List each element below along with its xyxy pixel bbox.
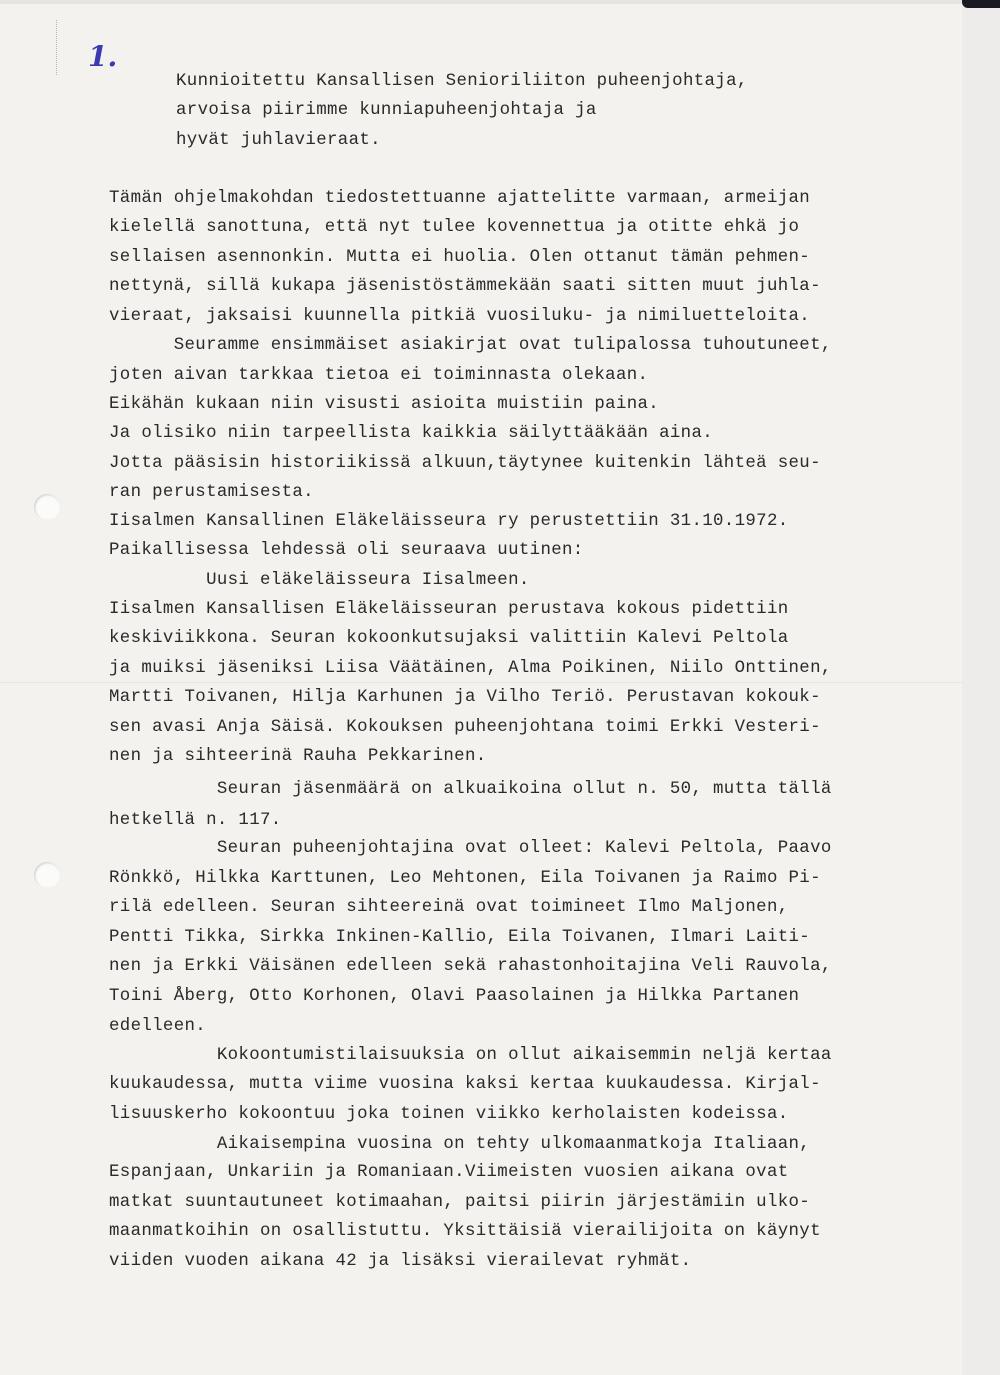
text-line: joten aivan tarkkaa tietoa ei toiminnast…: [109, 366, 648, 386]
punch-hole-top: [34, 494, 60, 520]
text-line: Pentti Tikka, Sirkka Inkinen-Kallio, Eil…: [109, 928, 810, 948]
text-line: kuukaudessa, mutta viime vuosina kaksi k…: [109, 1075, 821, 1095]
text-line: Jotta pääsisin historiikissä alkuun,täyt…: [109, 454, 821, 474]
text-line: Rönkkö, Hilkka Karttunen, Leo Mehtonen, …: [109, 869, 821, 889]
text-line: rilä edelleen. Seuran sihteereinä ovat t…: [109, 898, 789, 918]
text-line: Aikaisempina vuosina on tehty ulkomaanma…: [109, 1135, 810, 1155]
text-line: keskiviikkona. Seuran kokoonkutsujaksi v…: [109, 629, 789, 649]
punch-hole-bottom: [34, 862, 60, 888]
staple-marks: [56, 20, 59, 75]
text-line: Iisalmen Kansallinen Eläkeläisseura ry p…: [109, 512, 789, 532]
text-line: sen avasi Anja Säisä. Kokouksen puheenjo…: [109, 718, 821, 738]
salutation-line: arvoisa piirimme kunniapuheenjohtaja ja: [176, 101, 597, 121]
text-line: ja muiksi jäseniksi Liisa Väätäinen, Alm…: [109, 659, 832, 679]
text-line: nettynä, sillä kukapa jäsenistöstämmekää…: [109, 277, 821, 297]
text-line: Seuran jäsenmäärä on alkuaikoina ollut n…: [109, 780, 832, 800]
text-line: hetkellä n. 117.: [109, 811, 282, 831]
text-line: viiden vuoden aikana 42 ja lisäksi viera…: [109, 1252, 691, 1272]
text-line: Tämän ohjelmakohdan tiedostettuanne ajat…: [109, 189, 810, 209]
text-line: Paikallisessa lehdessä oli seuraava uuti…: [109, 541, 584, 561]
text-line: Uusi eläkeläisseura Iisalmeen.: [109, 571, 530, 591]
text-line: Ja olisiko niin tarpeellista kaikkia säi…: [109, 424, 713, 444]
text-line: maanmatkoihin on osallistuttu. Yksittäis…: [109, 1222, 821, 1242]
salutation-line: hyvät juhlavieraat.: [176, 131, 381, 151]
text-line: nen ja sihteerinä Rauha Pekkarinen.: [109, 747, 487, 767]
text-line: lisuuskerho kokoontuu joka toinen viikko…: [109, 1105, 789, 1125]
handwritten-page-number: 1.: [88, 40, 117, 73]
text-line: Seuran puheenjohtajina ovat olleet: Kale…: [109, 839, 832, 859]
scan-top-edge: [0, 0, 962, 4]
text-line: kielellä sanottuna, että nyt tulee koven…: [109, 218, 799, 238]
text-line: Toini Åberg, Otto Korhonen, Olavi Paasol…: [109, 987, 799, 1007]
text-line: edelleen.: [109, 1017, 206, 1037]
paper-fold-line: [0, 682, 962, 684]
text-line: Eikähän kukaan niin visusti asioita muis…: [109, 395, 659, 415]
scan-right-margin: [962, 0, 1000, 1375]
text-line: Seuramme ensimmäiset asiakirjat ovat tul…: [109, 336, 832, 356]
text-line: nen ja Erkki Väisänen edelleen sekä raha…: [109, 957, 832, 977]
salutation-line: Kunnioitettu Kansallisen Senioriliiton p…: [176, 72, 748, 92]
text-line: matkat suuntautuneet kotimaahan, paitsi …: [109, 1193, 810, 1213]
text-line: sellaisen asennonkin. Mutta ei huolia. O…: [109, 248, 810, 268]
text-line: ran perustamisesta.: [109, 483, 314, 503]
text-line: Kokoontumistilaisuuksia on ollut aikaise…: [109, 1046, 832, 1066]
text-line: Martti Toivanen, Hilja Karhunen ja Vilho…: [109, 688, 821, 708]
scan-dark-corner: [962, 0, 1000, 8]
text-line: Espanjaan, Unkariin ja Romaniaan.Viimeis…: [109, 1163, 789, 1183]
text-line: vieraat, jaksaisi kuunnella pitkiä vuosi…: [109, 307, 810, 327]
text-line: Iisalmen Kansallisen Eläkeläisseuran per…: [109, 600, 789, 620]
